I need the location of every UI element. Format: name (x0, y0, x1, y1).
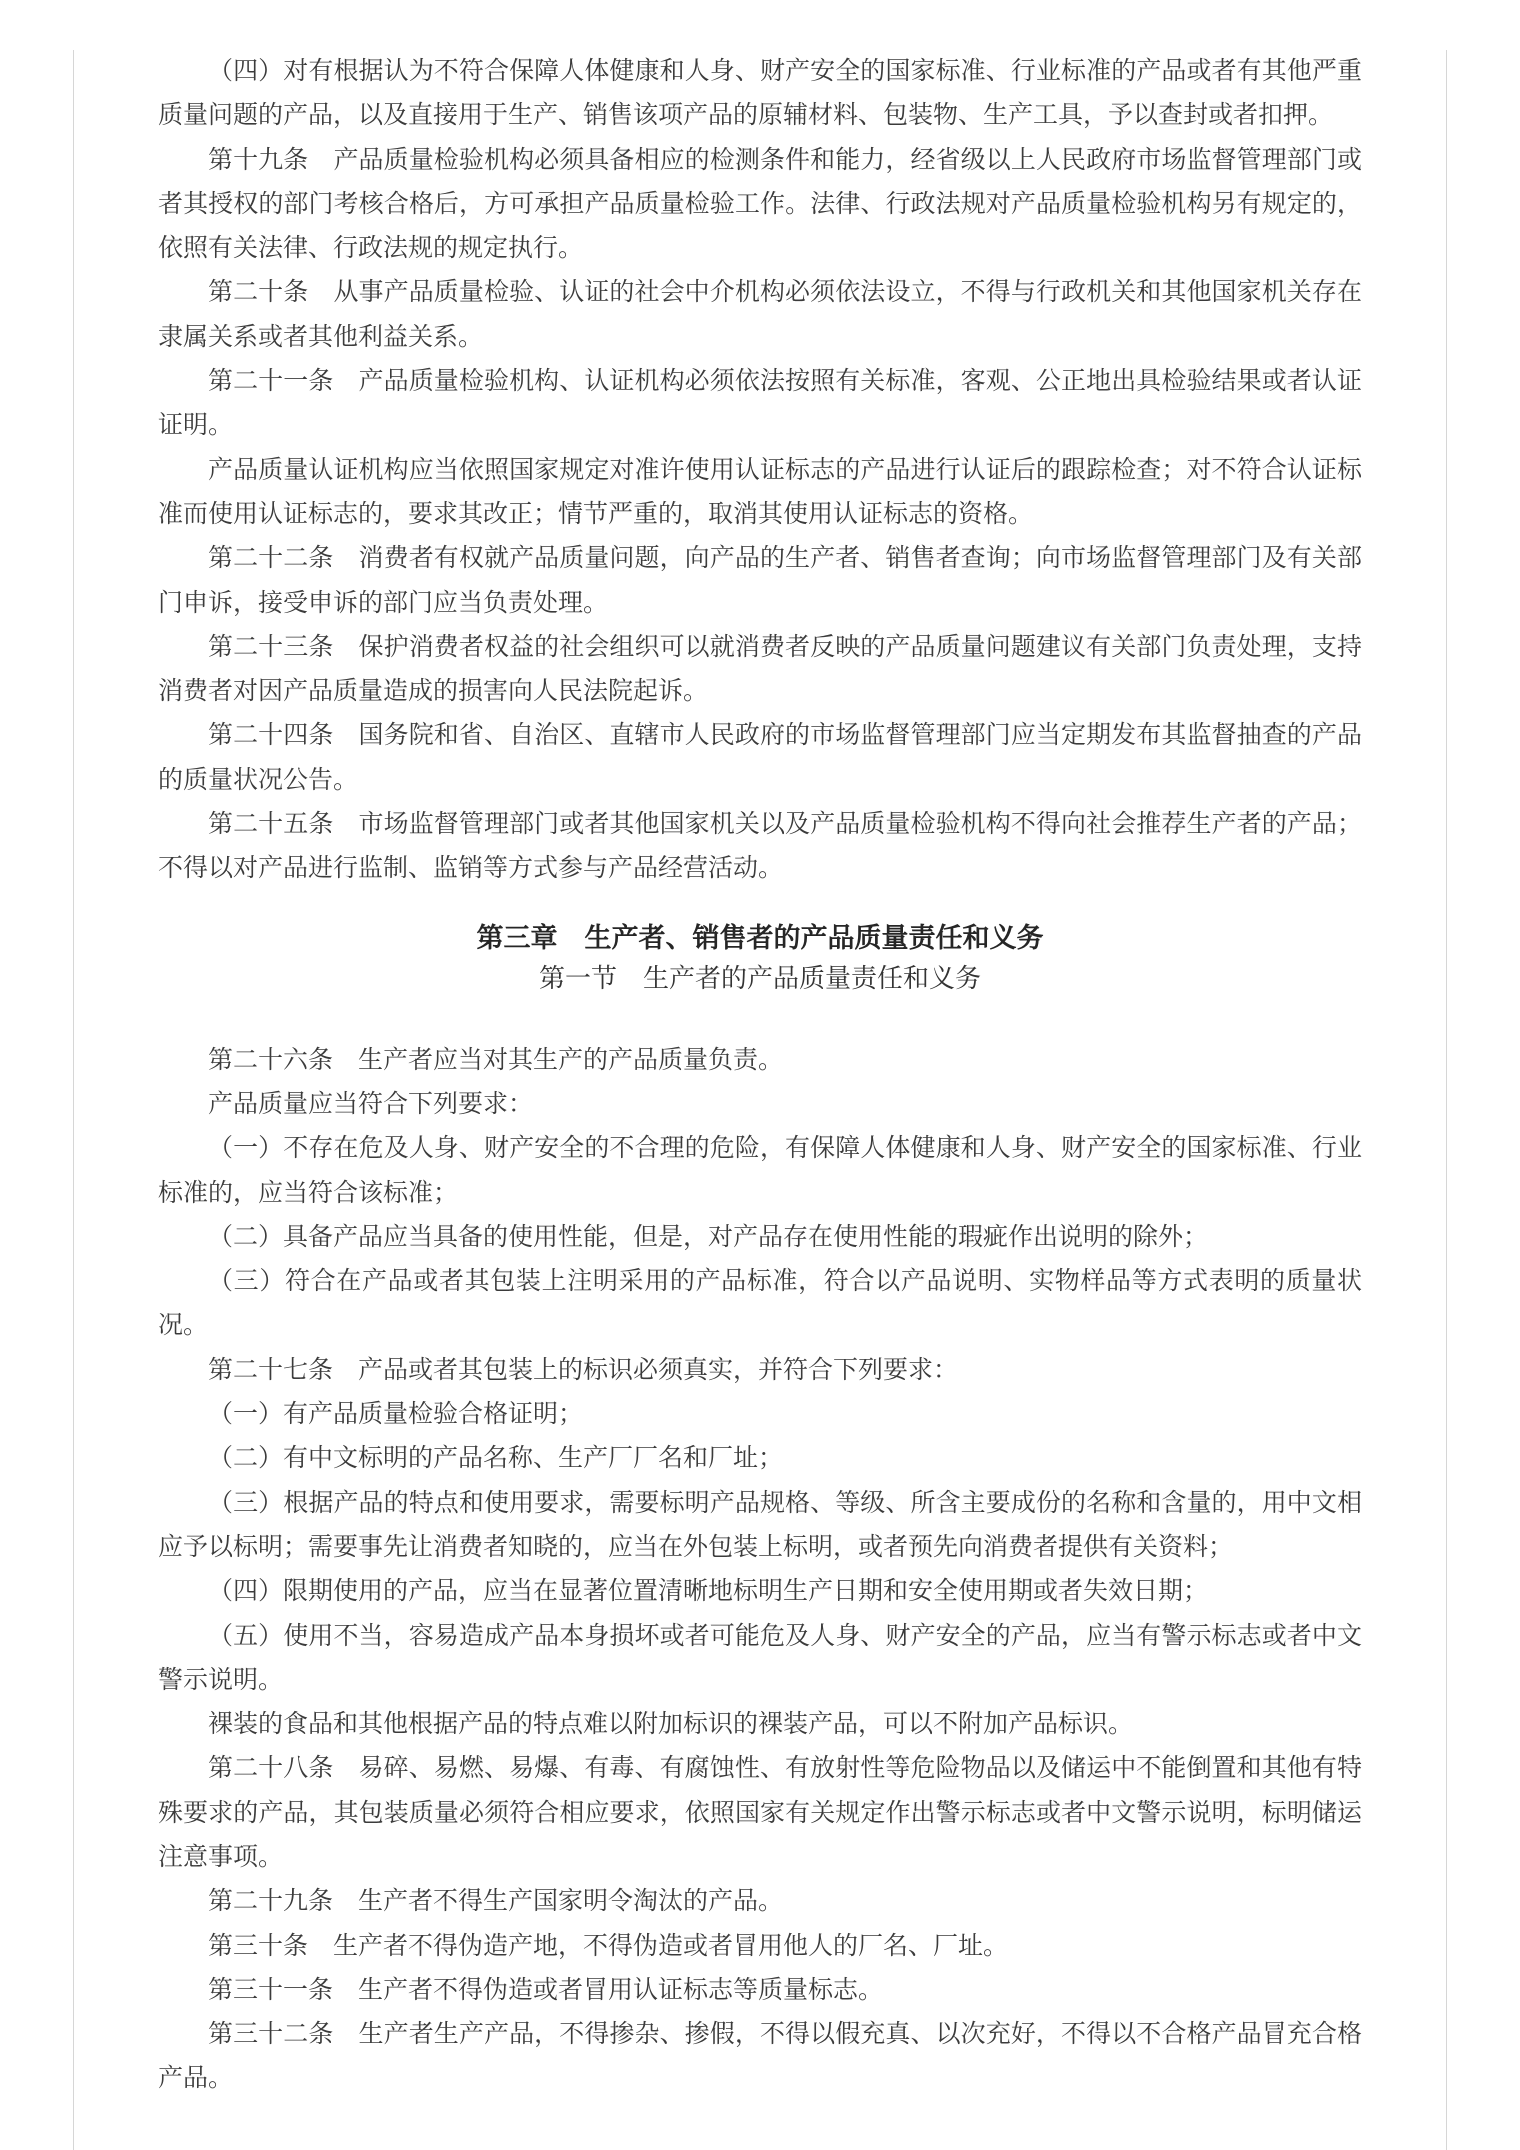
body-paragraph: （三）符合在产品或者其包装上注明采用的产品标准，符合以产品说明、实物样品等方式表… (158, 1260, 1362, 1349)
body-paragraph: 第三十一条 生产者不得伪造或者冒用认证标志等质量标志。 (158, 1969, 1362, 2013)
body-paragraph: （一）不存在危及人身、财产安全的不合理的危险，有保障人体健康和人身、财产安全的国… (158, 1127, 1362, 1216)
body-paragraph: 第三十二条 生产者生产产品，不得掺杂、掺假，不得以假充真、以次充好，不得以不合格… (158, 2013, 1362, 2102)
body-paragraph: 第二十一条 产品质量检验机构、认证机构必须依法按照有关标准，客观、公正地出具检验… (158, 360, 1362, 449)
chapter-heading: 第三章 生产者、销售者的产品质量责任和义务 (158, 917, 1362, 959)
body-paragraph: 裸装的食品和其他根据产品的特点难以附加标识的裸装产品，可以不附加产品标识。 (158, 1703, 1362, 1747)
body-paragraph: 第二十八条 易碎、易燃、易爆、有毒、有腐蚀性、有放射性等危险物品以及储运中不能倒… (158, 1747, 1362, 1880)
body-paragraph: 第二十二条 消费者有权就产品质量问题，向产品的生产者、销售者查询；向市场监督管理… (158, 537, 1362, 626)
body-paragraph: （二）具备产品应当具备的使用性能，但是，对产品存在使用性能的瑕疵作出说明的除外； (158, 1216, 1362, 1260)
document-viewport: （四）对有根据认为不符合保障人体健康和人身、财产安全的国家标准、行业标准的产品或… (0, 0, 1520, 2150)
section-after-heading: 第二十六条 生产者应当对其生产的产品质量负责。 产品质量应当符合下列要求： （一… (158, 1039, 1362, 2102)
body-paragraph: 第二十五条 市场监督管理部门或者其他国家机关以及产品质量检验机构不得向社会推荐生… (158, 803, 1362, 892)
body-paragraph: （一）有产品质量检验合格证明； (158, 1393, 1362, 1437)
document-page: （四）对有根据认为不符合保障人体健康和人身、财产安全的国家标准、行业标准的产品或… (73, 50, 1447, 2150)
body-paragraph: 第三十条 生产者不得伪造产地，不得伪造或者冒用他人的厂名、厂址。 (158, 1925, 1362, 1969)
section-before-heading: （四）对有根据认为不符合保障人体健康和人身、财产安全的国家标准、行业标准的产品或… (158, 50, 1362, 892)
body-paragraph: （二）有中文标明的产品名称、生产厂厂名和厂址； (158, 1437, 1362, 1481)
body-paragraph: 第二十条 从事产品质量检验、认证的社会中介机构必须依法设立，不得与行政机关和其他… (158, 271, 1362, 360)
body-paragraph: 第二十九条 生产者不得生产国家明令淘汰的产品。 (158, 1880, 1362, 1924)
body-paragraph: （四）限期使用的产品，应当在显著位置清晰地标明生产日期和安全使用期或者失效日期； (158, 1570, 1362, 1614)
body-paragraph: （四）对有根据认为不符合保障人体健康和人身、财产安全的国家标准、行业标准的产品或… (158, 50, 1362, 139)
section-heading: 第一节 生产者的产品质量责任和义务 (158, 959, 1362, 999)
body-paragraph: 第二十四条 国务院和省、自治区、直辖市人民政府的市场监督管理部门应当定期发布其监… (158, 714, 1362, 803)
body-paragraph: 产品质量认证机构应当依照国家规定对准许使用认证标志的产品进行认证后的跟踪检查；对… (158, 449, 1362, 538)
body-paragraph: 第二十七条 产品或者其包装上的标识必须真实，并符合下列要求： (158, 1349, 1362, 1393)
body-paragraph: 产品质量应当符合下列要求： (158, 1083, 1362, 1127)
body-paragraph: 第二十三条 保护消费者权益的社会组织可以就消费者反映的产品质量问题建议有关部门负… (158, 626, 1362, 715)
body-paragraph: （三）根据产品的特点和使用要求，需要标明产品规格、等级、所含主要成份的名称和含量… (158, 1482, 1362, 1571)
body-paragraph: 第十九条 产品质量检验机构必须具备相应的检测条件和能力，经省级以上人民政府市场监… (158, 139, 1362, 272)
body-paragraph: 第二十六条 生产者应当对其生产的产品质量负责。 (158, 1039, 1362, 1083)
body-paragraph: （五）使用不当，容易造成产品本身损坏或者可能危及人身、财产安全的产品，应当有警示… (158, 1615, 1362, 1704)
